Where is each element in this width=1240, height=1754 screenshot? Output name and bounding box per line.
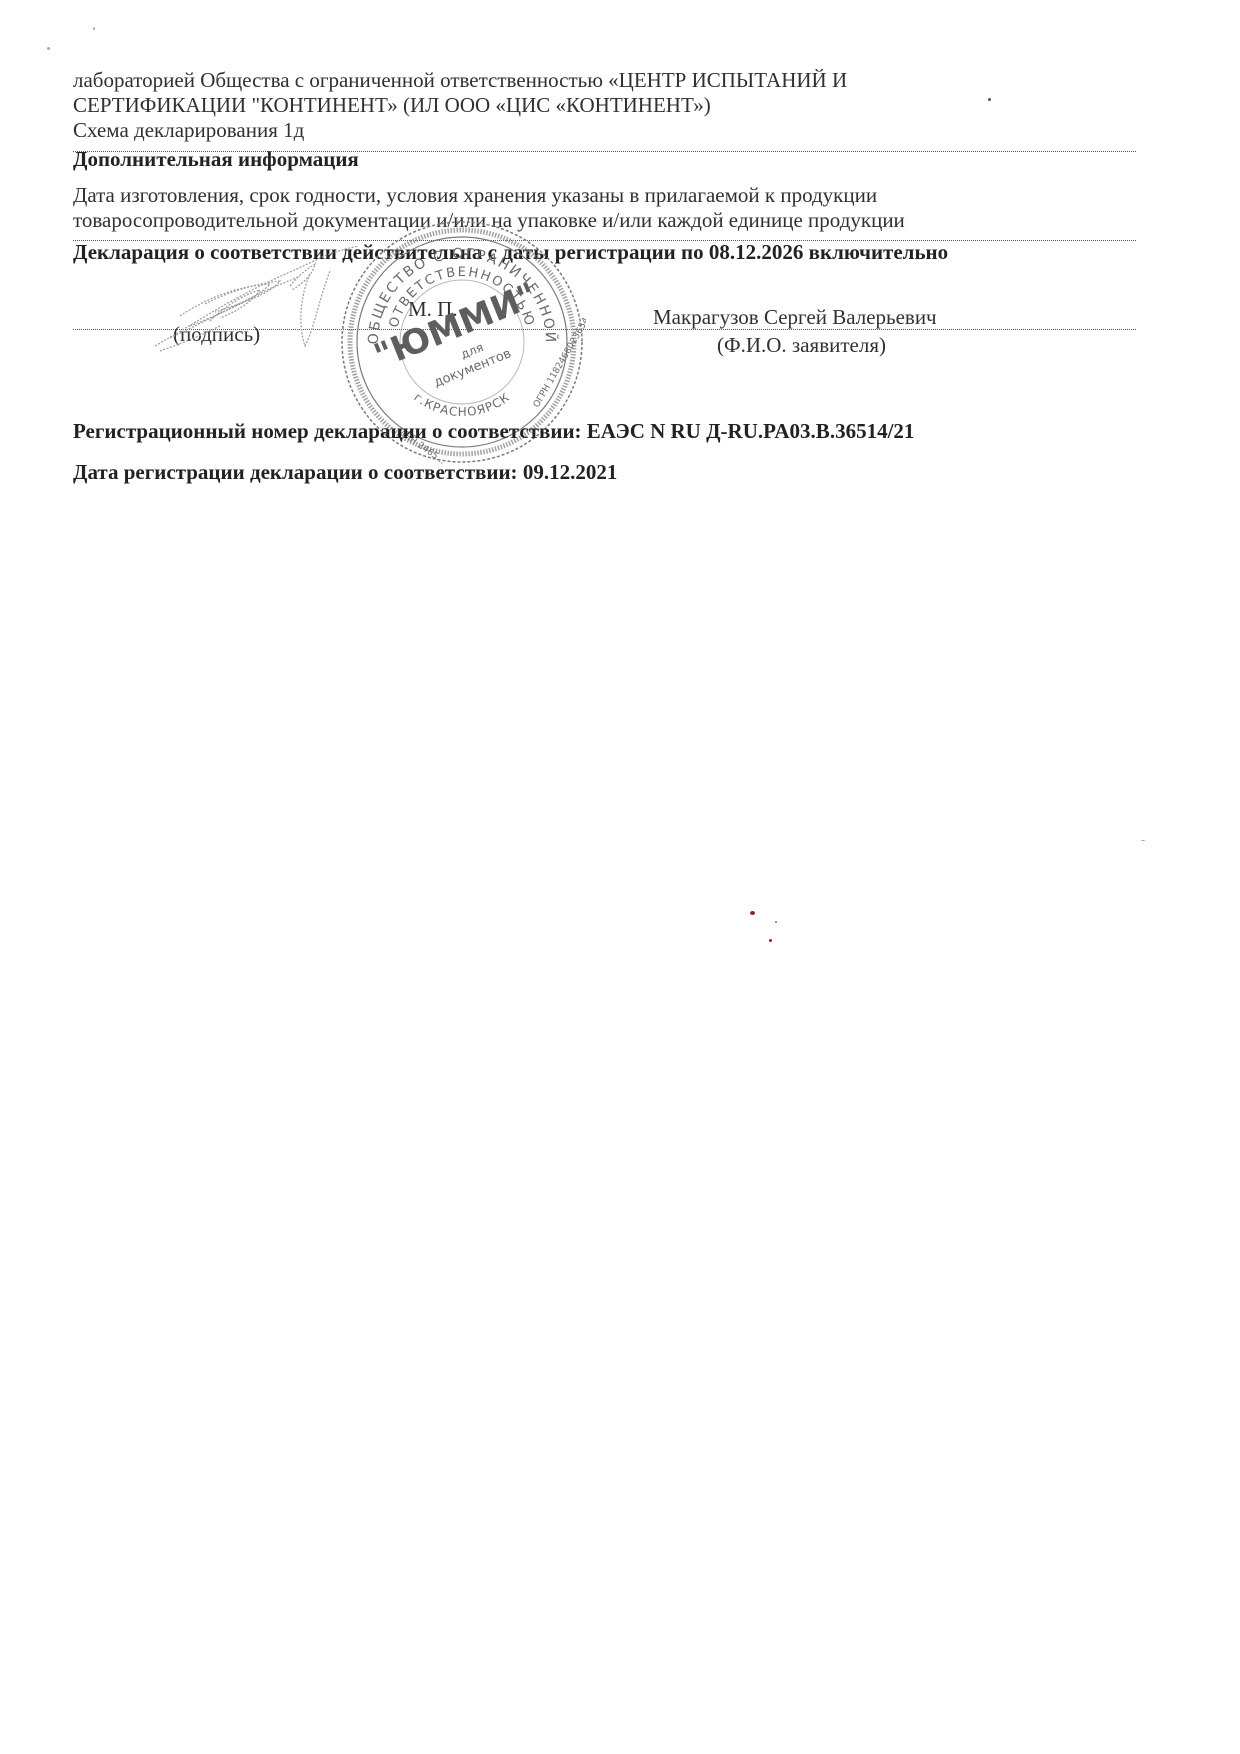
- additional-info-heading: Дополнительная информация: [73, 147, 359, 171]
- registration-number: ЕАЭС N RU Д-RU.PA03.B.36514/21: [587, 419, 915, 443]
- registration-number-label: Регистрационный номер декларации о соотв…: [73, 419, 582, 443]
- additional-info-line-1: Дата изготовления, срок годности, услови…: [73, 183, 877, 207]
- registration-date-label: Дата регистрации декларации о соответств…: [73, 460, 518, 484]
- registration-date: 09.12.2021: [523, 460, 618, 484]
- applicant-name: Макрагузов Сергей Валерьевич: [653, 305, 937, 329]
- applicant-caption: (Ф.И.О. заявителя): [717, 333, 886, 357]
- lab-line-1: лабораторией Общества с ограниченной отв…: [73, 68, 847, 92]
- declaration-scheme: Схема декларирования 1д: [73, 118, 304, 142]
- registration-number-row: Регистрационный номер декларации о соотв…: [73, 419, 914, 443]
- registration-date-row: Дата регистрации декларации о соответств…: [73, 460, 617, 484]
- declaration-page: лабораторией Общества с ограниченной отв…: [0, 0, 1240, 1754]
- lab-line-2: СЕРТИФИКАЦИИ "КОНТИНЕНТ» (ИЛ ООО «ЦИС «К…: [73, 93, 711, 117]
- handwritten-signature: [150, 246, 360, 356]
- svg-text:ОГРН 1182468023654: ОГРН 1182468023654: [532, 316, 586, 410]
